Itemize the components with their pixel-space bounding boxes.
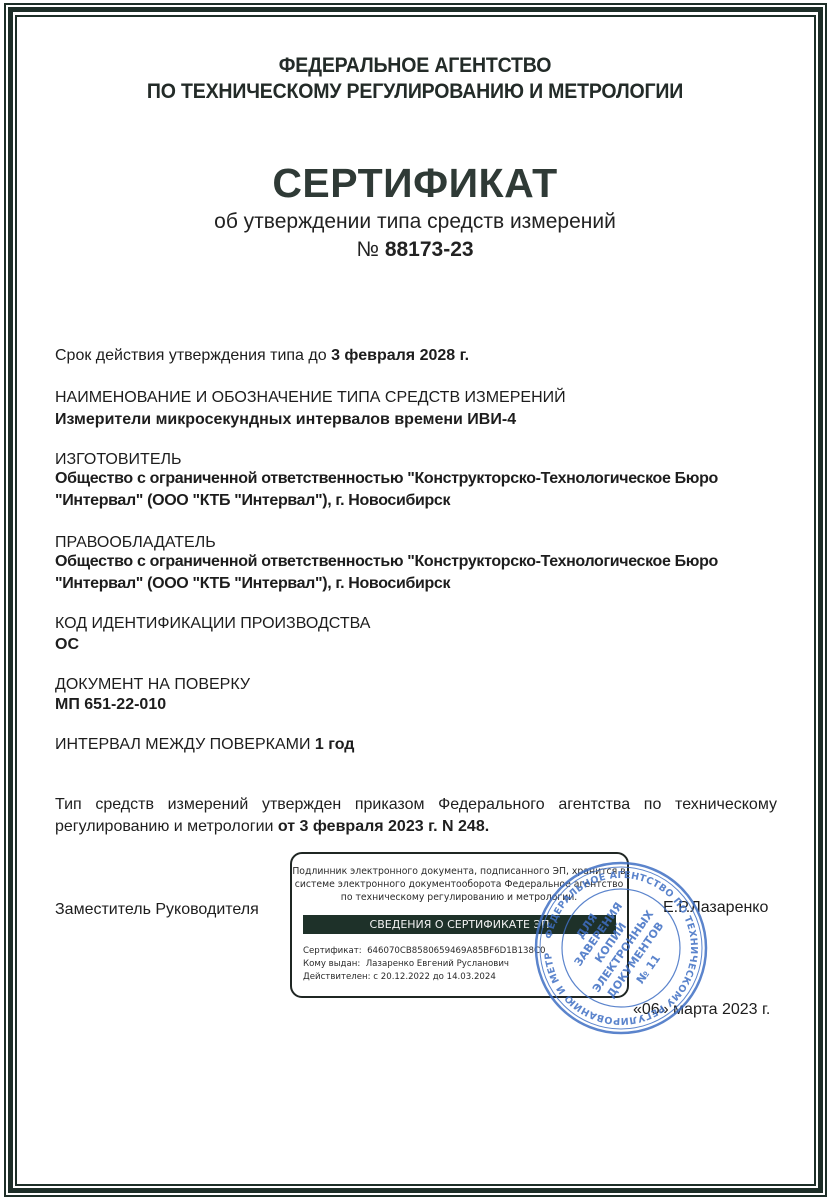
esig-issued-to-label: Кому выдан:	[303, 959, 360, 969]
certificate-number: № 88173-23	[0, 238, 830, 262]
production-code-label: КОД ИДЕНТИФИКАЦИИ ПРОИЗВОДСТВА	[55, 615, 370, 633]
verification-doc-value: МП 651-22-010	[55, 696, 166, 714]
verification-doc-label: ДОКУМЕНТ НА ПОВЕРКУ	[55, 676, 250, 694]
verification-interval: ИНТЕРВАЛ МЕЖДУ ПОВЕРКАМИ 1 год	[55, 736, 354, 754]
esig-valid-row: Действителен: с 20.12.2022 до 14.03.2024	[303, 971, 545, 984]
esig-certificate-row: Сертификат: 646070CB8580659469A85BF6D1B1…	[303, 945, 545, 958]
order-date-number: от 3 февраля 2023 г. N 248.	[278, 818, 489, 835]
rights-holder-value-line1: Общество с ограниченной ответственностью…	[55, 553, 718, 571]
esig-valid-label: Действителен:	[303, 972, 371, 982]
agency-name-line2: ПО ТЕХНИЧЕСКОМУ РЕГУЛИРОВАНИЮ И МЕТРОЛОГ…	[29, 80, 801, 104]
esig-valid-value: с 20.12.2022 до 14.03.2024	[373, 972, 496, 982]
production-code-value: ОС	[55, 636, 79, 654]
rights-holder-value-line2: "Интервал" (ООО "КТБ "Интервал"), г. Нов…	[55, 575, 450, 593]
signatory-position: Заместитель Руководителя	[55, 901, 259, 919]
type-name-value: Измерители микросекундных интервалов вре…	[55, 411, 516, 429]
esig-certificate-value: 646070CB8580659469A85BF6D1B138C0	[367, 946, 545, 956]
manufacturer-value-line1: Общество с ограниченной ответственностью…	[55, 470, 718, 488]
signatory-name: Е.Р.Лазаренко	[663, 899, 768, 917]
validity-label: Срок действия утверждения типа до	[55, 347, 327, 364]
number-prefix: №	[356, 238, 379, 261]
esig-note: Подлинник электронного документа, подпис…	[292, 865, 626, 904]
approval-order-text: Тип средств измерений утвержден приказом…	[55, 794, 777, 838]
esig-issued-to-value: Лазаренко Евгений Русланович	[366, 959, 509, 969]
document-subtitle: об утверждении типа средств измерений	[0, 210, 830, 234]
signature-date: «06» марта 2023 г.	[633, 1001, 770, 1019]
interval-value: 1 год	[315, 736, 355, 753]
esig-details: Сертификат: 646070CB8580659469A85BF6D1B1…	[303, 945, 545, 984]
interval-label: ИНТЕРВАЛ МЕЖДУ ПОВЕРКАМИ	[55, 736, 310, 753]
electronic-signature-stamp: Подлинник электронного документа, подпис…	[290, 852, 629, 998]
manufacturer-value-line2: "Интервал" (ООО "КТБ "Интервал"), г. Нов…	[55, 492, 450, 510]
number-value: 88173-23	[385, 238, 474, 261]
validity-value: 3 февраля 2028 г.	[331, 347, 469, 364]
document-title: СЕРТИФИКАТ	[0, 160, 830, 207]
manufacturer-label: ИЗГОТОВИТЕЛЬ	[55, 451, 182, 469]
esig-issued-to-row: Кому выдан: Лазаренко Евгений Русланович	[303, 958, 545, 971]
esig-certificate-header: СВЕДЕНИЯ О СЕРТИФИКАТЕ ЭП	[303, 915, 616, 934]
agency-name-line1: ФЕДЕРАЛЬНОЕ АГЕНТСТВО	[29, 54, 801, 78]
rights-holder-label: ПРАВООБЛАДАТЕЛЬ	[55, 534, 216, 552]
esig-certificate-label: Сертификат:	[303, 946, 362, 956]
validity-line: Срок действия утверждения типа до 3 февр…	[55, 347, 469, 365]
type-name-label: НАИМЕНОВАНИЕ И ОБОЗНАЧЕНИЕ ТИПА СРЕДСТВ …	[55, 389, 566, 407]
